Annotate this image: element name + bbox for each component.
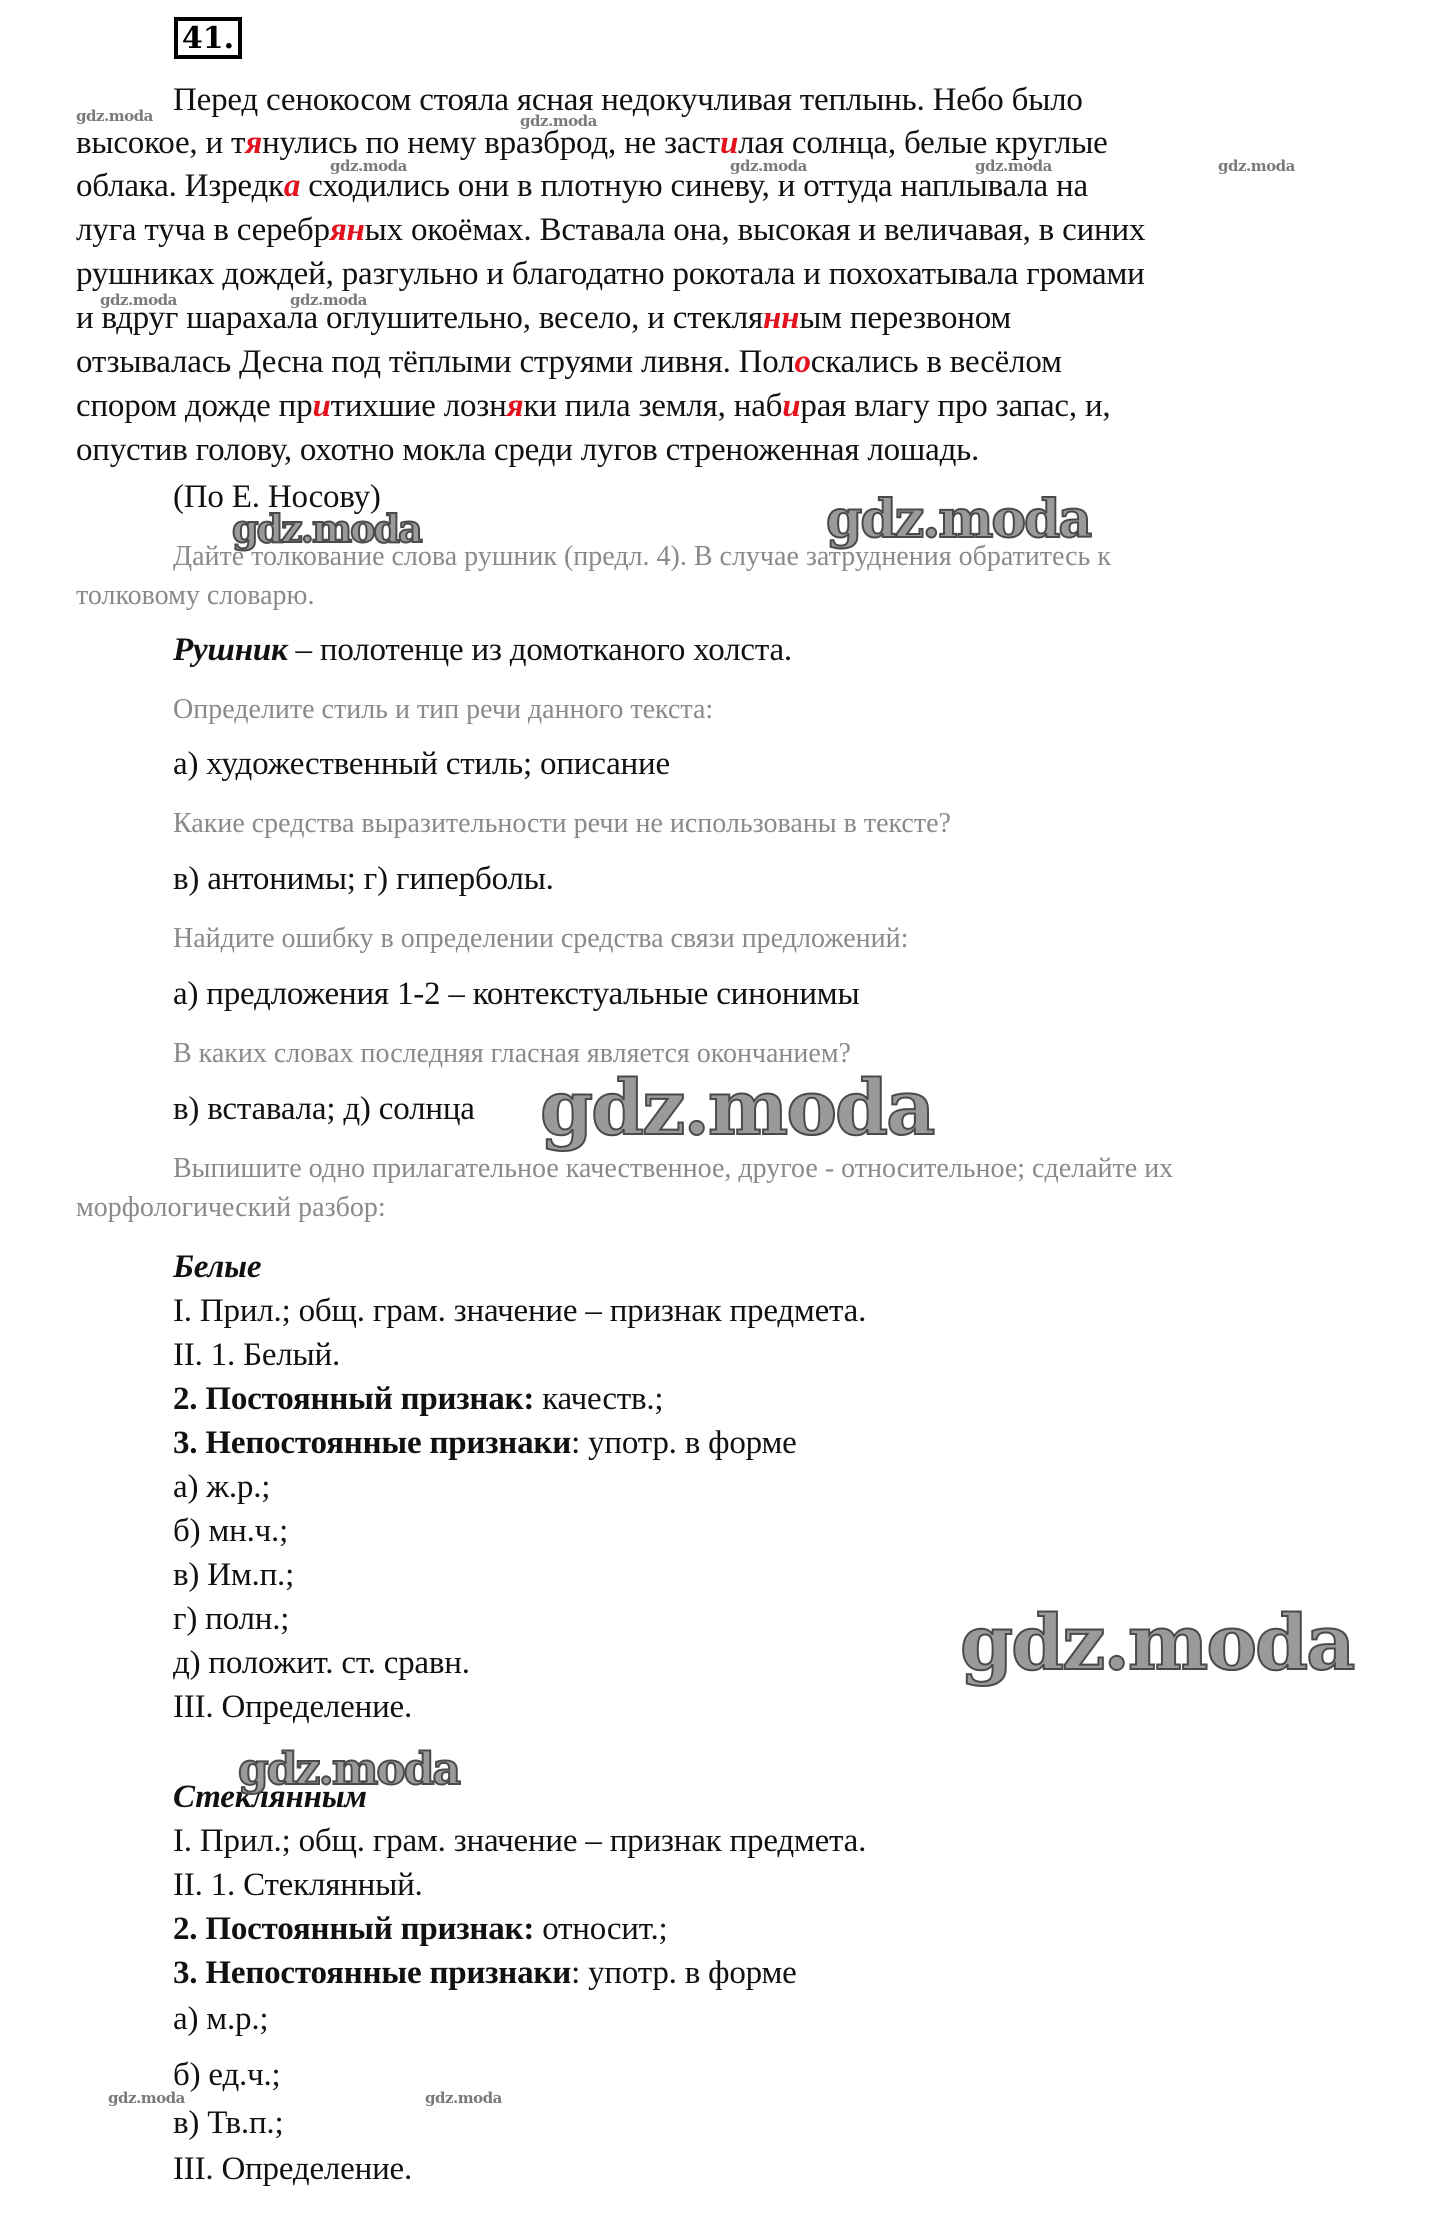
watermark-large: gdz.moda [232,510,421,548]
analysis-point: 3. Непостоянные признаки: употр. в форме [173,1421,797,1465]
analysis-item: а) м.р.; [173,1997,268,2041]
question-6: Выпишите одно прилагательное качественно… [173,1147,1173,1191]
analysis-point: 3. Непостоянные признаки: употр. в форме [173,1951,797,1995]
answer-5: в) вставала; д) солнца [173,1087,475,1131]
document-page: 41. Перед сенокосом стояла ясная недокуч… [0,0,1448,2237]
highlight-letter: нн [763,300,799,336]
text-line-6: и вдруг шарахала оглушительно, весело, и… [76,296,1011,340]
analysis-point: 2. Постоянный признак: относит.; [173,1907,668,1951]
highlight-letter: и [782,388,800,424]
text-line-4: луга туча в серебряных окоёмах. Вставала… [76,208,1145,252]
highlight-letter: я [245,125,262,161]
analysis-item: б) мн.ч.; [173,1509,288,1553]
watermark: gdz.moda [290,292,367,308]
answer-2: а) художественный стиль; описание [173,742,670,786]
answer-term: Рушник [173,632,288,668]
analysis-item: в) Им.п.; [173,1553,294,1597]
text-line-7: отзывалась Десна под тёплыми струями лив… [76,340,1062,384]
watermark: gdz.moda [330,158,407,174]
watermark: gdz.moda [730,158,807,174]
watermark: gdz.moda [76,108,153,124]
watermark: gdz.moda [108,2090,185,2106]
highlight-letter: и [312,388,330,424]
answer-4: а) предложения 1-2 – контекстуальные син… [173,972,859,1016]
text-line-8: спором дожде притихшие лозняки пила земл… [76,384,1110,428]
watermark-large: gdz.moda [238,1748,459,1792]
answer-3: в) антонимы; г) гиперболы. [173,857,554,901]
text-line-5: рушниках дождей, разгульно и благодатно … [76,252,1145,296]
analysis-word: Белые [173,1245,261,1289]
answer-1: Рушник – полотенце из домотканого холста… [173,628,792,672]
highlight-letter: а [284,168,300,204]
highlight-letter: ян [330,212,365,248]
watermark: gdz.moda [1218,158,1295,174]
question-2: Определите стиль и тип речи данного текс… [173,688,713,732]
analysis-point: II. 1. Белый. [173,1333,340,1377]
watermark-large: gdz.moda [826,494,1090,546]
watermark: gdz.moda [425,2090,502,2106]
question-3: Какие средства выразительности речи не и… [173,802,951,846]
highlight-letter: и [720,125,738,161]
analysis-item: б) ед.ч.; [173,2053,281,2097]
analysis-point: 2. Постоянный признак: качеств.; [173,1377,663,1421]
watermark-large: gdz.moda [960,1605,1353,1681]
analysis-point: I. Прил.; общ. грам. значение – признак … [173,1819,866,1863]
watermark: gdz.moda [520,113,597,129]
highlight-letter: о [794,344,810,380]
highlight-letter: я [507,388,524,424]
text-line-9: опустив голову, охотно мокла среди лугов… [76,428,979,472]
analysis-role: III. Определение. [173,1685,412,1729]
question-1-cont: толковому словарю. [76,574,314,618]
question-6-cont: морфологический разбор: [76,1186,386,1230]
analysis-item: в) Тв.п.; [173,2101,283,2145]
watermark: gdz.moda [100,292,177,308]
analysis-point: I. Прил.; общ. грам. значение – признак … [173,1289,866,1333]
task-number-box: 41. [174,17,242,59]
analysis-point: II. 1. Стеклянный. [173,1863,423,1907]
analysis-role: III. Определение. [173,2147,412,2191]
text-line-1: Перед сенокосом стояла ясная недокучлива… [173,78,1083,122]
text-line-3: облака. Изредка сходились они в плотную … [76,164,1088,208]
watermark: gdz.moda [975,158,1052,174]
analysis-item: а) ж.р.; [173,1465,270,1509]
analysis-item: г) полн.; [173,1597,289,1641]
watermark-large: gdz.moda [540,1070,933,1146]
analysis-item: д) положит. ст. сравн. [173,1641,470,1685]
question-4: Найдите ошибку в определении средства св… [173,917,908,961]
